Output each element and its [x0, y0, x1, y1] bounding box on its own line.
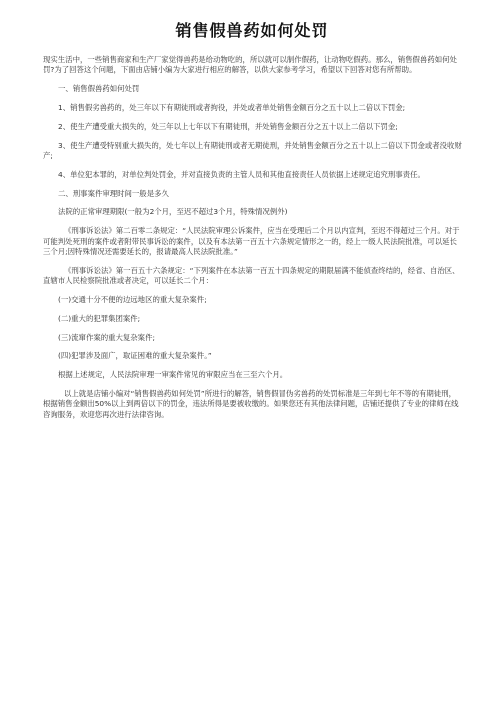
document-page: 销售假兽药如何处罚 现实生活中，一些销售商家和生产厂家觉得兽药是给动物吃的，所以…: [0, 0, 504, 713]
conclusion-paragraph: 以上就是店铺小编对“销售假兽药如何处罚”所进行的解答，销售假冒伪劣兽药的处罚标准…: [43, 389, 463, 420]
penalty-item-2: 2、使生产遭受重大损失的，处三年以上七年以下有期徒刑，并处销售金额百分之五十以上…: [43, 122, 463, 132]
law-article-156-paragraph: 《刑事诉讼法》第一百五十六条规定：“下列案件在本法第一百五十四条规定的期限届满不…: [43, 266, 463, 287]
trial-summary-paragraph: 根据上述规定，人民法院审理一审案件常见的审限应当在三至六个月。: [43, 370, 463, 380]
page-title: 销售假兽药如何处罚: [0, 20, 504, 42]
penalty-item-3: 3、使生产遭受特别重大损失的，处七年以上有期徒刑或者无期徒刑，并处销售金额百分之…: [43, 141, 463, 162]
section-heading-penalties: 一、销售假兽药如何处罚: [43, 84, 463, 94]
section-heading-trial-duration: 二、刑事案件审理时间一般是多久: [43, 189, 463, 199]
case-type-item-1: (一)交通十分不便的边远地区的重大复杂案件;: [43, 295, 463, 305]
article-body: 现实生活中，一些销售商家和生产厂家觉得兽药是给动物吃的，所以就可以制作假药，让动…: [43, 55, 463, 429]
penalty-item-4: 4、单位犯本罪的，对单位判处罚金，并对直接负责的主管人员和其他直接责任人员依据上…: [43, 170, 463, 180]
penalty-item-1: 1、销售假劣兽药的，处三年以下有期徒刑或者拘役，并处或者单处销售金额百分之五十以…: [43, 103, 463, 113]
trial-period-paragraph: 法院的正常审理期限(一般为2个月，至迟不超过3个月，特殊情况例外): [43, 207, 463, 217]
law-article-202-paragraph: 《刑事诉讼法》第二百零二条规定：“人民法院审理公诉案件，应当在受理后二个月以内宣…: [43, 226, 463, 257]
case-type-item-4: (四)犯罪涉及面广，取证困难的重大复杂案件。”: [43, 351, 463, 361]
case-type-item-3: (三)流窜作案的重大复杂案件;: [43, 333, 463, 343]
intro-paragraph: 现实生活中，一些销售商家和生产厂家觉得兽药是给动物吃的，所以就可以制作假药，让动…: [43, 55, 463, 76]
case-type-item-2: (二)重大的犯罪集团案件;: [43, 314, 463, 324]
